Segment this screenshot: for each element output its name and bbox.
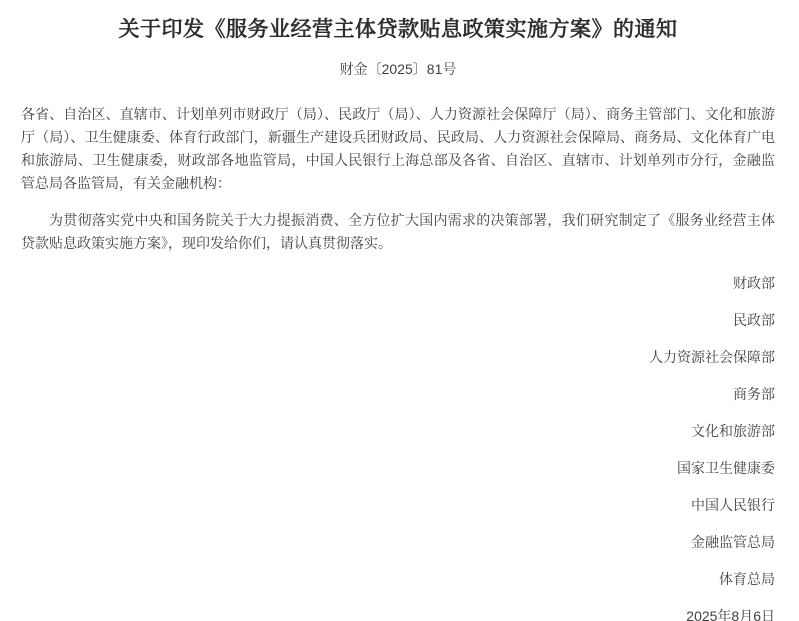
- signatory: 财政部: [21, 272, 775, 295]
- body-paragraph-main: 为贯彻落实党中央和国务院关于大力提振消费、全方位扩大国内需求的决策部署，我们研究…: [21, 209, 775, 255]
- signature-date: 2025年8月6日: [21, 605, 775, 621]
- page-title: 关于印发《服务业经营主体贷款贴息政策实施方案》的通知: [21, 17, 775, 43]
- signatory: 国家卫生健康委: [21, 457, 775, 480]
- signatory: 民政部: [21, 309, 775, 332]
- document-number: 财金〔2025〕81号: [21, 61, 775, 77]
- signature-block: 财政部 民政部 人力资源社会保障部 商务部 文化和旅游部 国家卫生健康委 中国人…: [21, 272, 775, 621]
- signatory: 文化和旅游部: [21, 420, 775, 443]
- signatory: 金融监管总局: [21, 531, 775, 554]
- signatory: 体育总局: [21, 568, 775, 591]
- signatory: 商务部: [21, 383, 775, 406]
- signatory: 中国人民银行: [21, 494, 775, 517]
- body-paragraph-recipients: 各省、自治区、直辖市、计划单列市财政厅（局）、民政厅（局）、人力资源社会保障厅（…: [21, 103, 775, 195]
- notice-document: 关于印发《服务业经营主体贷款贴息政策实施方案》的通知 财金〔2025〕81号 各…: [0, 0, 799, 621]
- signatory: 人力资源社会保障部: [21, 346, 775, 369]
